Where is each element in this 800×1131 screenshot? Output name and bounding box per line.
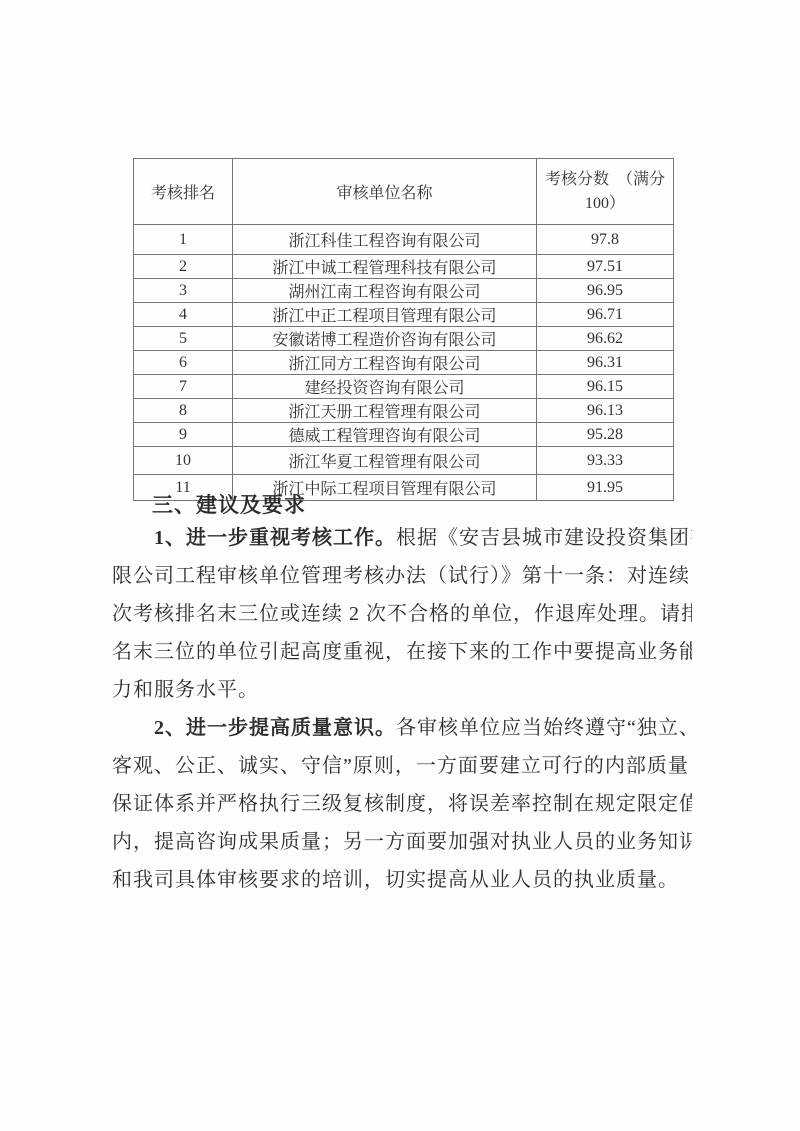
table-row: 9 德威工程管理咨询有限公司 95.28 [134, 423, 674, 447]
assessment-table-container: 考核排名 审核单位名称 考核分数 （满分 100） 1 浙江科佳工程咨询有限公司… [133, 158, 673, 501]
para2-line5: 和我司具体审核要求的培训，切实提高从业人员的执业质量。 [112, 861, 692, 899]
score-cell: 97.8 [537, 225, 674, 255]
header-rank: 考核排名 [134, 159, 233, 225]
para2-line1: 2、进一步提高质量意识。各审核单位应当始终遵守“独立、 [112, 709, 692, 747]
unit-name-cell: 浙江华夏工程管理有限公司 [233, 447, 537, 475]
para1-line4: 名末三位的单位引起高度重视，在接下来的工作中要提高业务能 [112, 633, 692, 671]
score-cell: 97.51 [537, 255, 674, 279]
unit-name-cell: 浙江科佳工程咨询有限公司 [233, 225, 537, 255]
unit-name-cell: 浙江中诚工程管理科技有限公司 [233, 255, 537, 279]
rank-cell: 1 [134, 225, 233, 255]
rank-cell: 4 [134, 303, 233, 327]
header-score: 考核分数 （满分 100） [537, 159, 674, 225]
table-row: 1 浙江科佳工程咨询有限公司 97.8 [134, 225, 674, 255]
score-cell: 96.13 [537, 399, 674, 423]
table-row: 2 浙江中诚工程管理科技有限公司 97.51 [134, 255, 674, 279]
rank-cell: 10 [134, 447, 233, 475]
unit-name-cell: 浙江同方工程咨询有限公司 [233, 351, 537, 375]
para1-lead: 1、进一步重视考核工作。 [154, 527, 396, 549]
unit-name-cell: 浙江中正工程项目管理有限公司 [233, 303, 537, 327]
section-heading: 三、建议及要求 [152, 490, 306, 520]
para1-line1-rest: 根据《安吉县城市建设投资集团有 [396, 527, 692, 549]
score-cell: 95.28 [537, 423, 674, 447]
para1-line1: 1、进一步重视考核工作。根据《安吉县城市建设投资集团有 [112, 519, 692, 557]
rank-cell: 7 [134, 375, 233, 399]
unit-name-cell: 浙江天册工程管理有限公司 [233, 399, 537, 423]
header-score-line1: 考核分数 （满分 [539, 168, 671, 192]
table-row: 6 浙江同方工程咨询有限公司 96.31 [134, 351, 674, 375]
unit-name-cell: 安徽诺博工程造价咨询有限公司 [233, 327, 537, 351]
para1-line5: 力和服务水平。 [112, 671, 692, 709]
table-row: 5 安徽诺博工程造价咨询有限公司 96.62 [134, 327, 674, 351]
unit-name-cell: 建经投资咨询有限公司 [233, 375, 537, 399]
rank-cell: 3 [134, 279, 233, 303]
para2-line1-rest: 各审核单位应当始终遵守“独立、 [396, 717, 692, 739]
rank-cell: 9 [134, 423, 233, 447]
table-row: 7 建经投资咨询有限公司 96.15 [134, 375, 674, 399]
score-cell: 96.62 [537, 327, 674, 351]
score-cell: 96.15 [537, 375, 674, 399]
body-text: 1、进一步重视考核工作。根据《安吉县城市建设投资集团有 限公司工程审核单位管理考… [112, 519, 692, 899]
para2-line3: 保证体系并严格执行三级复核制度，将误差率控制在规定限定值 [112, 785, 692, 823]
assessment-table: 考核排名 审核单位名称 考核分数 （满分 100） 1 浙江科佳工程咨询有限公司… [133, 158, 674, 501]
para1-line2: 限公司工程审核单位管理考核办法（试行）》第十一条：对连续 2 [112, 557, 692, 595]
rank-cell: 5 [134, 327, 233, 351]
rank-cell: 6 [134, 351, 233, 375]
para1-line3: 次考核排名末三位或连续 2 次不合格的单位，作退库处理。请排 [112, 595, 692, 633]
score-cell: 91.95 [537, 475, 674, 501]
table-row: 8 浙江天册工程管理有限公司 96.13 [134, 399, 674, 423]
unit-name-cell: 湖州江南工程咨询有限公司 [233, 279, 537, 303]
rank-cell: 8 [134, 399, 233, 423]
rank-cell: 2 [134, 255, 233, 279]
para2-line4: 内，提高咨询成果质量；另一方面要加强对执业人员的业务知识 [112, 823, 692, 861]
table-row: 4 浙江中正工程项目管理有限公司 96.71 [134, 303, 674, 327]
para2-lead: 2、进一步提高质量意识。 [154, 717, 396, 739]
header-score-line2: 100） [539, 192, 671, 216]
document-page: 考核排名 审核单位名称 考核分数 （满分 100） 1 浙江科佳工程咨询有限公司… [0, 0, 800, 1131]
para2-line2: 客观、公正、诚实、守信”原则，一方面要建立可行的内部质量 [112, 747, 692, 785]
score-cell: 96.31 [537, 351, 674, 375]
table-header-row: 考核排名 审核单位名称 考核分数 （满分 100） [134, 159, 674, 225]
score-cell: 96.95 [537, 279, 674, 303]
table-row: 10 浙江华夏工程管理有限公司 93.33 [134, 447, 674, 475]
score-cell: 93.33 [537, 447, 674, 475]
header-unit-name: 审核单位名称 [233, 159, 537, 225]
unit-name-cell: 德威工程管理咨询有限公司 [233, 423, 537, 447]
score-cell: 96.71 [537, 303, 674, 327]
table-row: 3 湖州江南工程咨询有限公司 96.95 [134, 279, 674, 303]
